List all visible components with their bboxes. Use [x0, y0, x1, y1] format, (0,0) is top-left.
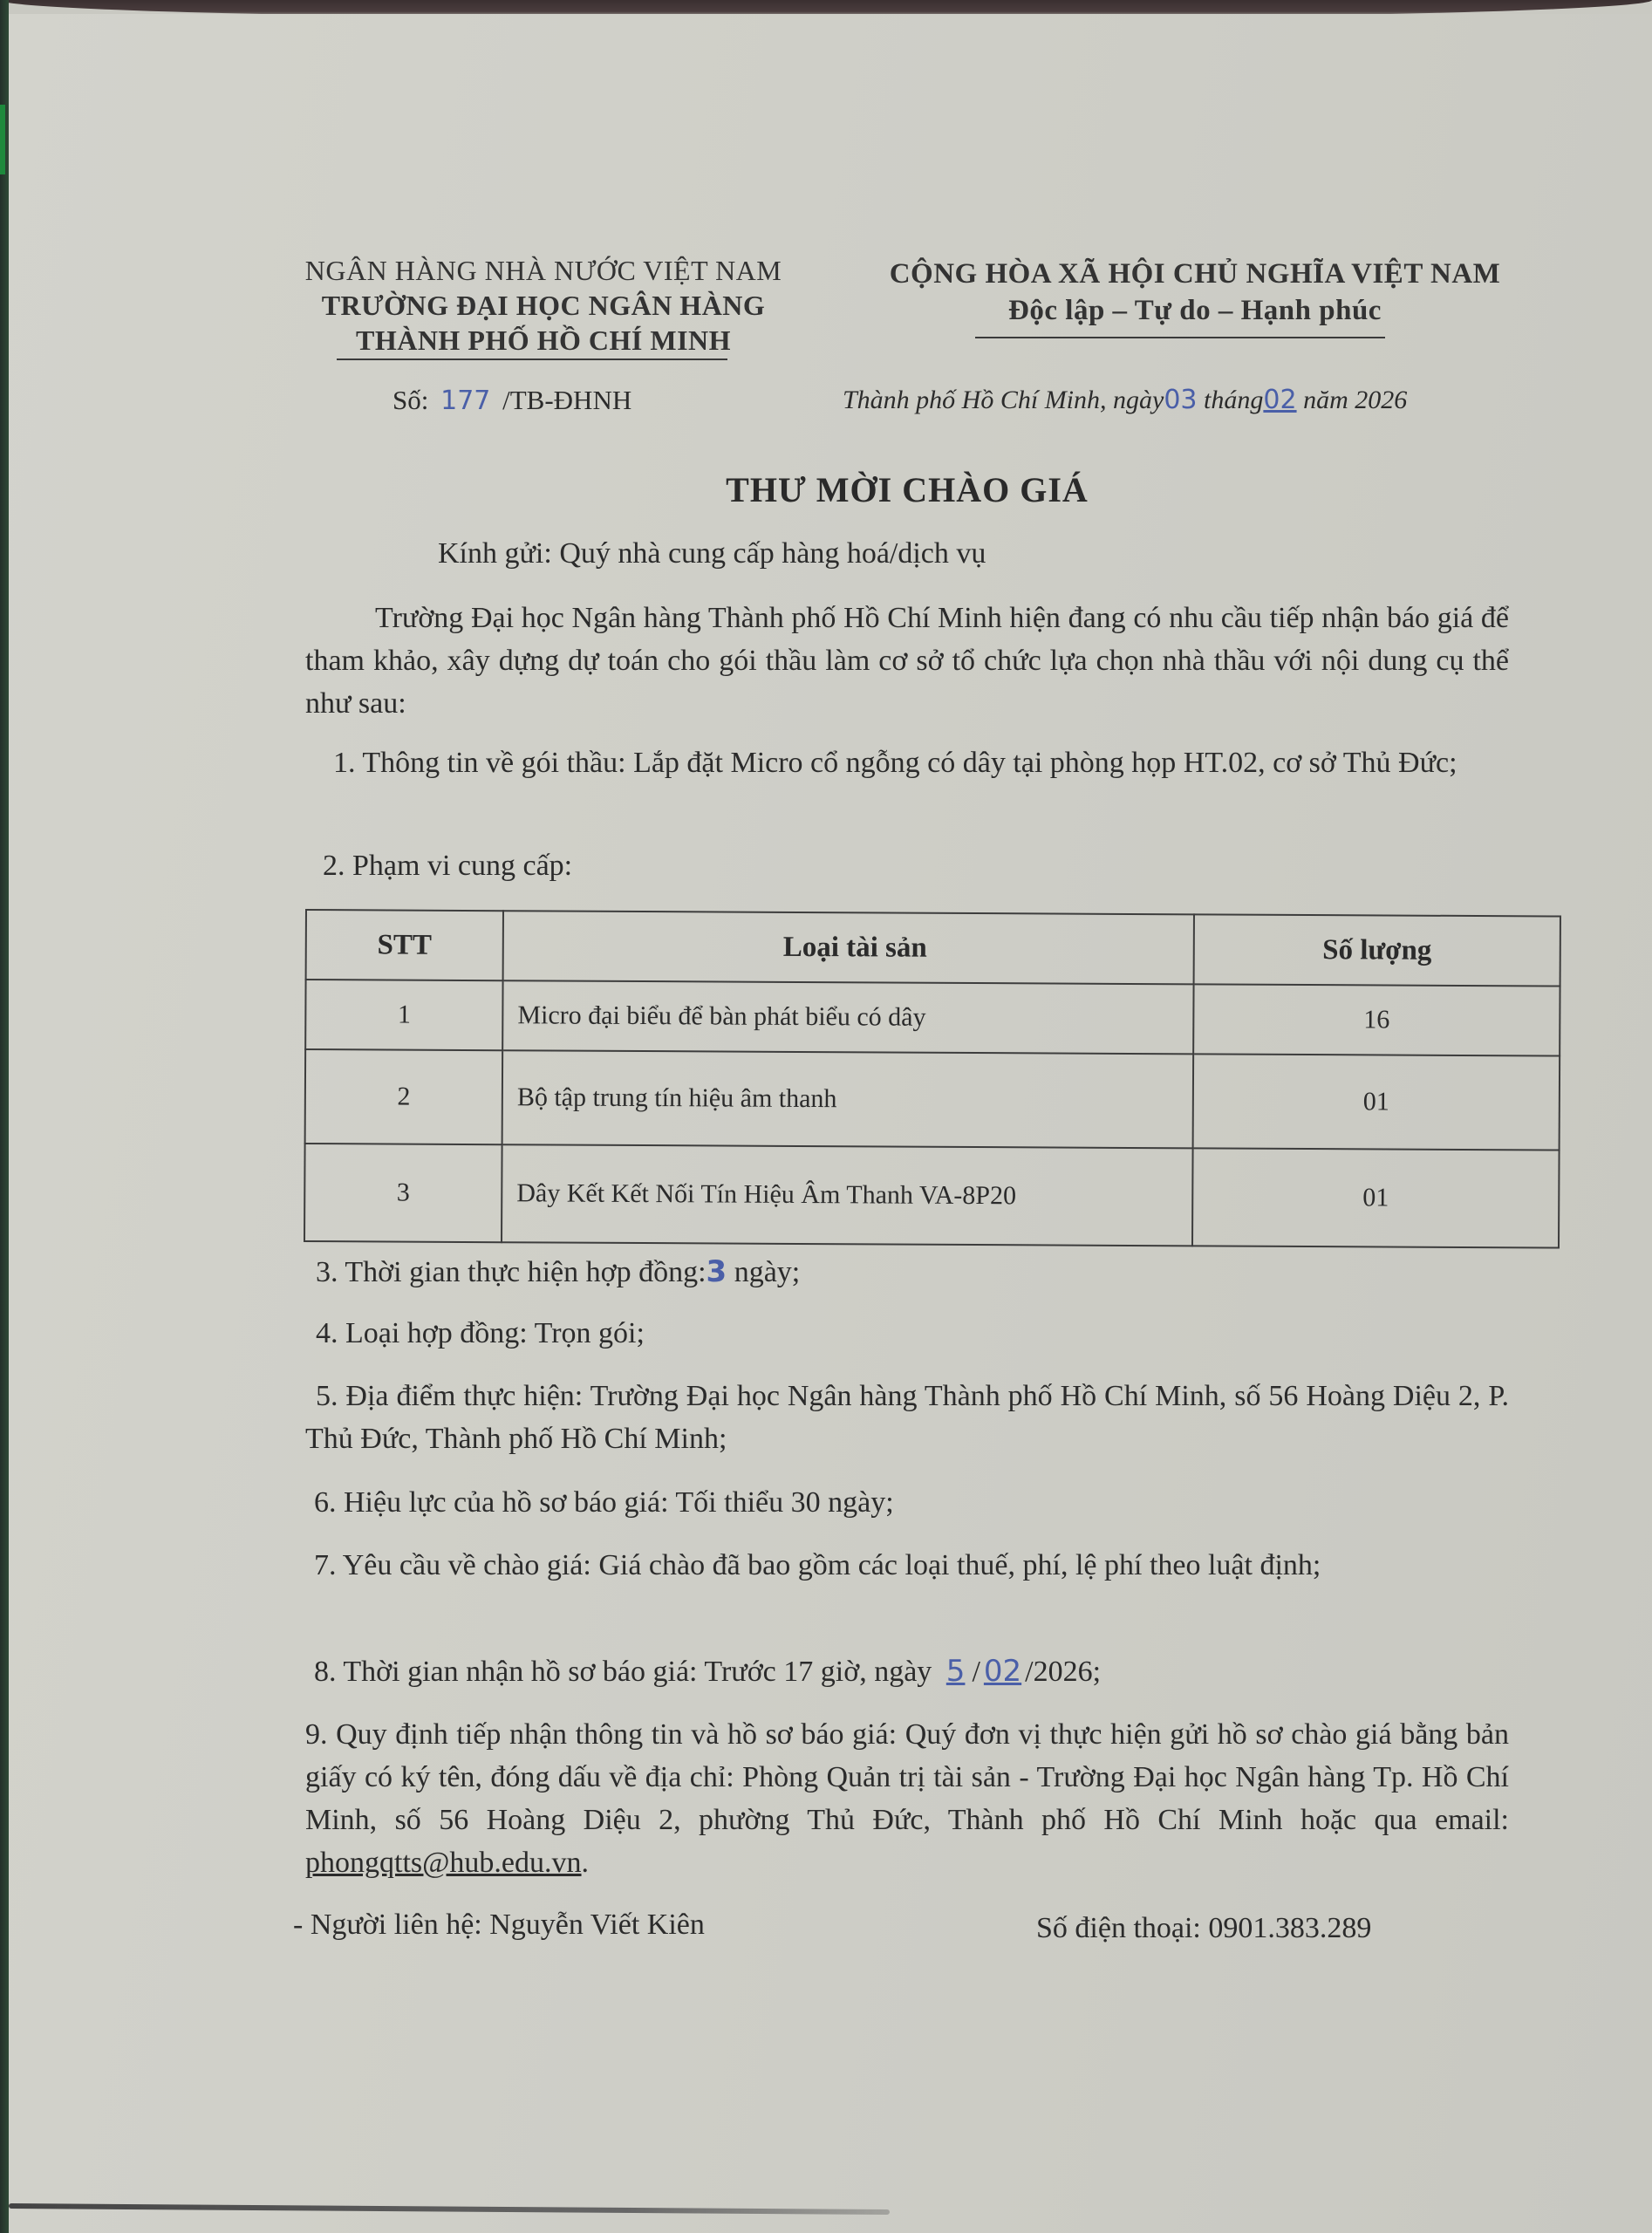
item-8: 8. Thời gian nhận hồ sơ báo giá: Trước 1… — [314, 1650, 1101, 1693]
intro-paragraph: Trường Đại học Ngân hàng Thành phố Hồ Ch… — [305, 597, 1509, 725]
issuer-line-1: NGÂN HÀNG NHÀ NƯỚC VIỆT NAM — [286, 255, 801, 287]
issuer-line-3: THÀNH PHỐ HỒ CHÍ MINH — [286, 324, 801, 357]
receive-month-handwritten: 02 — [980, 1654, 1025, 1689]
motto-underline — [975, 337, 1385, 338]
col-header-qty: Số lượng — [1194, 914, 1560, 986]
item-9: 9. Quy định tiếp nhận thông tin và hồ sơ… — [305, 1713, 1509, 1884]
cell-asset: Bộ tập trung tín hiệu âm thanh — [502, 1050, 1194, 1148]
item-9-end: . — [582, 1847, 590, 1879]
cell-stt: 2 — [305, 1049, 503, 1144]
item-3-text: 3. Thời gian thực hiện hợp đồng: — [316, 1256, 707, 1288]
item-8-suffix: /2026; — [1025, 1656, 1101, 1688]
date-year: năm 2026 — [1303, 386, 1407, 414]
issuer-line-2: TRƯỜNG ĐẠI HỌC NGÂN HÀNG — [286, 290, 801, 322]
number-handwritten: 177 — [440, 386, 490, 416]
salutation: Kính gửi: Quý nhà cung cấp hàng hoá/dịch… — [438, 532, 986, 575]
contact-phone: Số điện thoại: 0901.383.289 — [1036, 1907, 1371, 1950]
scope-table: STT Loại tài sản Số lượng 1 Micro đại bi… — [304, 909, 1561, 1249]
cell-stt: 1 — [305, 980, 502, 1050]
number-label: Số: — [393, 385, 428, 415]
date-prefix: Thành phố Hồ Chí Minh, ngày — [843, 386, 1164, 414]
cell-qty: 01 — [1192, 1148, 1560, 1247]
document-number: Số: 177 /TB-ĐHNH — [393, 379, 631, 422]
item-8-text: 8. Thời gian nhận hồ sơ báo giá: Trước 1… — [314, 1656, 939, 1688]
item-7: 7. Yêu cầu về chào giá: Giá chào đã bao … — [305, 1544, 1509, 1587]
date-month-label: tháng — [1204, 386, 1263, 414]
cell-asset: Micro đại biểu để bàn phát biểu có dây — [502, 980, 1193, 1054]
col-header-stt: STT — [306, 910, 503, 980]
item-4: 4. Loại hợp đồng: Trọn gói; — [316, 1312, 645, 1355]
issuer-underline — [337, 359, 727, 360]
item-5: 5. Địa điểm thực hiện: Trường Đại học Ng… — [305, 1375, 1509, 1460]
cell-qty: 16 — [1193, 984, 1560, 1055]
nation-title: CỘNG HÒA XÃ HỘI CHỦ NGHĨA VIỆT NAM — [864, 258, 1526, 290]
cell-stt: 3 — [304, 1144, 502, 1242]
page-bottom-rule — [9, 2203, 890, 2215]
cell-qty: 01 — [1193, 1054, 1560, 1150]
item-9-text: 9. Quy định tiếp nhận thông tin và hồ sơ… — [305, 1718, 1509, 1836]
photo-left-edge — [0, 0, 9, 2233]
col-header-asset: Loại tài sản — [503, 911, 1194, 984]
table-header-row: STT Loại tài sản Số lượng — [306, 910, 1560, 987]
cell-asset: Dây Kết Kết Nối Tín Hiệu Âm Thanh VA-8P2… — [502, 1144, 1193, 1246]
place-date: Thành phố Hồ Chí Minh, ngày03 tháng02 nă… — [843, 379, 1407, 421]
date-separator: / — [972, 1656, 980, 1688]
item-1: 1. Thông tin về gói thầu: Lắp đặt Micro … — [311, 741, 1514, 784]
number-suffix: /TB-ĐHNH — [502, 385, 631, 415]
table-row: 1 Micro đại biểu để bàn phát biểu có dây… — [305, 980, 1560, 1056]
table-row: 3 Dây Kết Kết Nối Tín Hiệu Âm Thanh VA-8… — [304, 1144, 1560, 1248]
item-3-suffix: ngày; — [727, 1256, 800, 1288]
document-title: THƯ MỜI CHÀO GIÁ — [9, 469, 1652, 510]
document-page: NGÂN HÀNG NHÀ NƯỚC VIỆT NAM TRƯỜNG ĐẠI H… — [9, 14, 1652, 2233]
receive-day-handwritten: 5 — [939, 1654, 973, 1689]
date-month: 02 — [1263, 385, 1296, 415]
table-row: 2 Bộ tập trung tín hiệu âm thanh 01 — [305, 1049, 1560, 1151]
item-6: 6. Hiệu lực của hồ sơ báo giá: Tối thiểu… — [314, 1481, 894, 1524]
item-3-handwritten: 3 — [707, 1254, 727, 1289]
date-day: 03 — [1164, 385, 1197, 415]
contact-person: - Người liên hệ: Nguyễn Viết Kiên — [293, 1903, 705, 1946]
item-3: 3. Thời gian thực hiện hợp đồng:3 ngày; — [316, 1251, 800, 1294]
nation-motto: Độc lập – Tự do – Hạnh phúc — [864, 295, 1526, 327]
contact-email-link[interactable]: phongqtts@hub.edu.vn — [305, 1847, 582, 1879]
item-2: 2. Phạm vi cung cấp: — [323, 844, 572, 887]
